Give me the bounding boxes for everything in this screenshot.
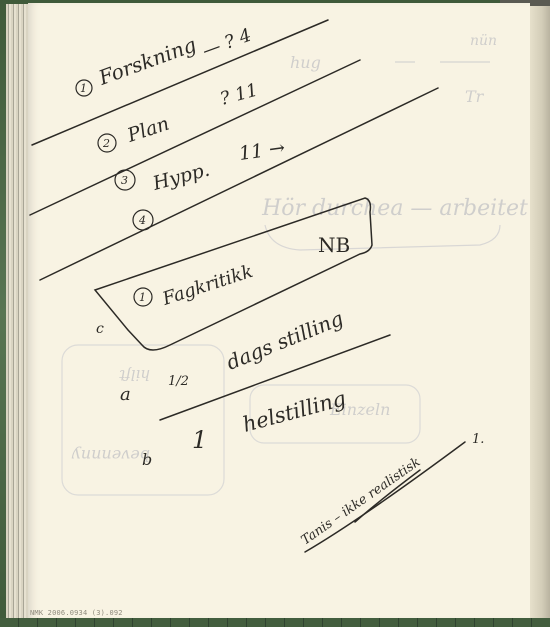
ghost-denominator: Tr [465,87,485,106]
footer-note-marker: 1. [472,432,484,447]
boxed-note-text: Fagkritikk [159,261,255,310]
row-b-value: 1 [192,426,207,454]
list-item-1-annotation: — ? 4 [200,25,255,62]
list-item-2-text: Plan [124,113,172,147]
list-number-2: 2 [102,137,110,150]
list-number-3: 3 [121,174,128,187]
ghost-curve [265,225,500,250]
ghost-word-2: bevennny [71,446,150,465]
handwriting-layer: nün Tr hug Hör durchea — arbeitet hilft … [0,0,550,627]
circle-numbers: 1 2 3 4 1 [80,82,146,304]
list-item-3-text: Hypp. [150,159,212,195]
fraction-notes: a 1/2 dags stilling b 1 helstilling [120,306,348,469]
row-a-value: 1/2 [168,374,189,389]
ghost-middle-line: Hör durchea — arbeitet [261,196,528,221]
footer-note-text: Tanis – ikke realistisk [299,455,424,549]
number-circles [76,80,153,306]
list-number-1: 1 [80,82,87,95]
boxed-number: 1 [139,291,146,304]
ghost-top-word: hug [290,53,321,72]
footer-note: Tanis – ikke realistisk 1. [299,432,485,548]
list-item-2-annotation: ? 11 [218,80,260,110]
row-a-label: a [120,384,131,405]
row-b-label: b [142,450,152,469]
archive-stamp: NMK 2006.0934 (3).092 [30,609,123,617]
nb-mark: NB [318,233,350,257]
row-a-text: dags stilling [223,306,347,375]
boxed-note-label: c [96,321,104,337]
row-b-text: helstilling [240,386,348,437]
ghost-word-1: hilft [118,366,150,384]
ghost-numerator: nün [470,33,497,49]
list-item-3-annotation: 11 → [238,137,287,165]
list-number-4: 4 [138,214,146,227]
